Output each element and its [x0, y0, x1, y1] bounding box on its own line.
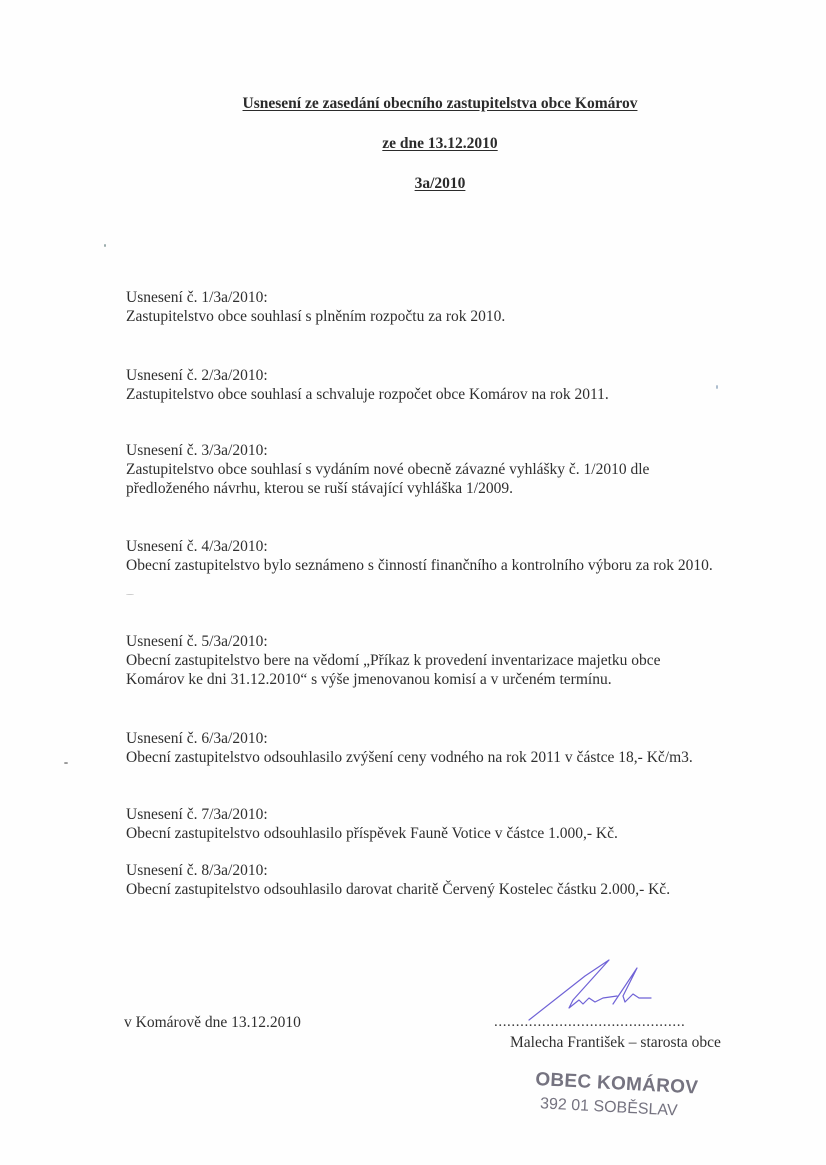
resolution-text: Obecní zastupitelstvo odsouhlasilo darov… — [126, 880, 786, 899]
document-number: 3a/2010 — [0, 175, 826, 193]
official-stamp: OBEC KOMÁROV 392 01 SOBĚSLAV — [533, 1068, 698, 1124]
signer-name: Malecha František – starosta obce — [510, 1034, 721, 1052]
resolution-label: Usnesení č. 4/3a/2010: — [126, 537, 721, 556]
resolution-1: Usnesení č. 1/3a/2010: Zastupitelstvo ob… — [126, 288, 726, 326]
resolution-4: Usnesení č. 4/3a/2010: Obecní zastupitel… — [126, 537, 721, 575]
resolution-label: Usnesení č. 2/3a/2010: — [126, 366, 726, 385]
scan-speck — [126, 594, 134, 595]
document-date: ze dne 13.12.2010 — [0, 135, 826, 153]
resolution-label: Usnesení č. 5/3a/2010: — [126, 632, 716, 651]
signature-line: ........................................… — [494, 1014, 685, 1031]
resolution-label: Usnesení č. 1/3a/2010: — [126, 288, 726, 307]
resolution-text: Obecní zastupitelstvo odsouhlasilo přísp… — [126, 824, 766, 843]
resolution-text: Obecní zastupitelstvo bylo seznámeno s č… — [126, 556, 721, 575]
scan-speck — [104, 244, 106, 247]
resolution-7: Usnesení č. 7/3a/2010: Obecní zastupitel… — [126, 805, 766, 843]
resolution-text: Obecní zastupitelstvo odsouhlasilo zvýše… — [126, 748, 766, 767]
document-title: Usnesení ze zasedání obecního zastupitel… — [0, 95, 826, 113]
resolution-text: Zastupitelstvo obce souhlasí a schvaluje… — [126, 385, 726, 404]
resolution-label: Usnesení č. 7/3a/2010: — [126, 805, 766, 824]
place-and-date: v Komárově dne 13.12.2010 — [124, 1014, 301, 1032]
resolution-label: Usnesení č. 8/3a/2010: — [126, 861, 786, 880]
resolution-text: Obecní zastupitelstvo bere na vědomí „Př… — [126, 651, 716, 689]
resolution-6: Usnesení č. 6/3a/2010: Obecní zastupitel… — [126, 729, 766, 767]
resolution-label: Usnesení č. 6/3a/2010: — [126, 729, 766, 748]
scan-speck — [64, 762, 68, 764]
resolution-3: Usnesení č. 3/3a/2010: Zastupitelstvo ob… — [126, 441, 704, 498]
document-page: Usnesení ze zasedání obecního zastupitel… — [0, 0, 826, 1165]
resolution-text: Zastupitelstvo obce souhlasí s plněním r… — [126, 307, 726, 326]
resolution-2: Usnesení č. 2/3a/2010: Zastupitelstvo ob… — [126, 366, 726, 404]
resolution-8: Usnesení č. 8/3a/2010: Obecní zastupitel… — [126, 861, 786, 899]
resolution-label: Usnesení č. 3/3a/2010: — [126, 441, 704, 460]
resolution-text: Zastupitelstvo obce souhlasí s vydáním n… — [126, 460, 704, 498]
resolution-5: Usnesení č. 5/3a/2010: Obecní zastupitel… — [126, 632, 716, 689]
scan-speck — [716, 385, 718, 389]
